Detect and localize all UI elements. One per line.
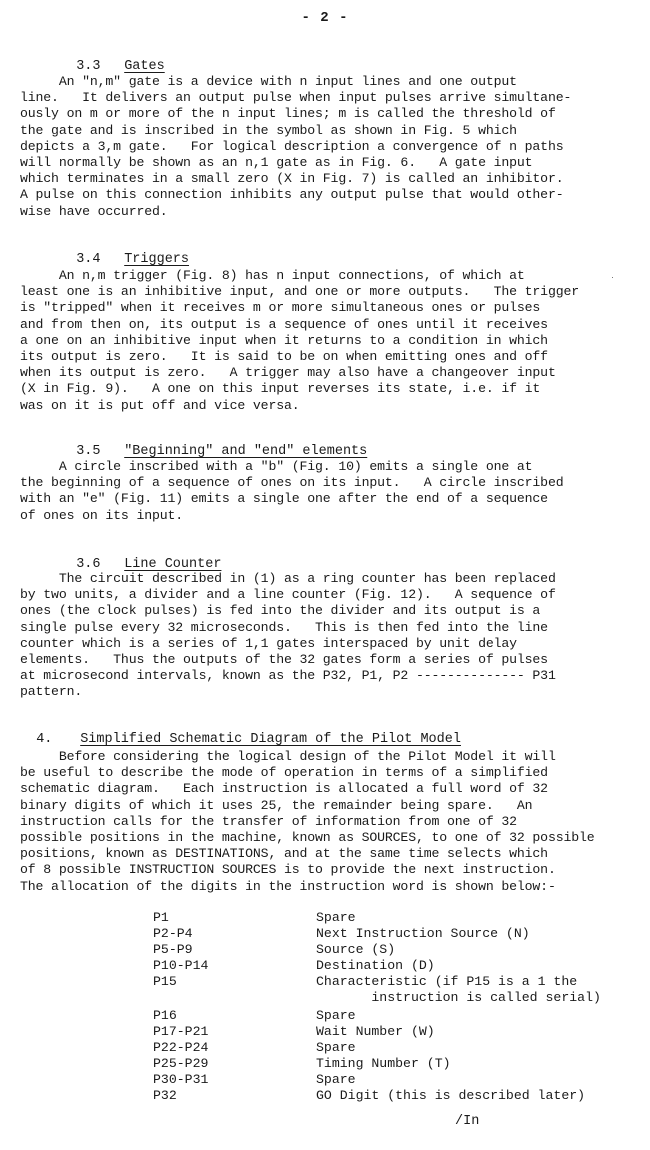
page-number: - 2 - <box>0 10 650 26</box>
allocation-meaning: Timing Number (T) <box>316 1056 451 1072</box>
scan-speck <box>282 79 283 80</box>
allocation-meaning: Spare <box>316 1040 356 1056</box>
section-heading-triggers: 3.4Triggers <box>60 237 189 267</box>
allocation-meaning: Next Instruction Source (N) <box>316 926 530 942</box>
section-heading-beginning-end: 3.5"Beginning" and "end" elements <box>60 429 367 459</box>
allocation-meaning: Spare <box>316 1072 356 1088</box>
section-heading-schematic: 4.Simplified Schematic Diagram of the Pi… <box>20 717 461 747</box>
section-number: 3.3 <box>76 59 124 74</box>
section-title: Triggers <box>124 252 189 267</box>
allocation-row: P2-P4Next Instruction Source (N) <box>153 926 601 942</box>
allocation-meaning: Characteristic (if P15 is a 1 the instru… <box>316 974 601 1006</box>
allocation-row: P16Spare <box>153 1008 601 1024</box>
allocation-digits: P15 <box>153 974 316 1006</box>
allocation-row: P22-P24Spare <box>153 1040 601 1056</box>
section-body-beginning-end: A circle inscribed with a "b" (Fig. 10) … <box>20 459 563 524</box>
section-title: "Beginning" and "end" elements <box>124 444 367 459</box>
allocation-digits: P16 <box>153 1008 316 1024</box>
catchword: /In <box>455 1114 479 1129</box>
scan-speck <box>612 277 613 278</box>
section-body-line-counter: The circuit described in (1) as a ring c… <box>20 571 556 701</box>
section-number: 4. <box>36 732 80 747</box>
allocation-meaning: Source (S) <box>316 942 395 958</box>
allocation-row: P15Characteristic (if P15 is a 1 the ins… <box>153 974 601 1006</box>
section-number: 3.5 <box>76 444 124 459</box>
allocation-meaning: Spare <box>316 1008 356 1024</box>
allocation-digits: P5-P9 <box>153 942 316 958</box>
allocation-meaning: Destination (D) <box>316 958 435 974</box>
allocation-row: P30-P31Spare <box>153 1072 601 1088</box>
allocation-digits: P1 <box>153 910 316 926</box>
section-heading-line-counter: 3.6Line Counter <box>60 542 221 572</box>
allocation-digits: P30-P31 <box>153 1072 316 1088</box>
digit-allocation-table: P1SpareP2-P4Next Instruction Source (N)P… <box>153 910 601 1104</box>
allocation-digits: P22-P24 <box>153 1040 316 1056</box>
allocation-digits: P2-P4 <box>153 926 316 942</box>
section-title: Gates <box>124 59 165 74</box>
section-title: Simplified Schematic Diagram of the Pilo… <box>80 732 461 747</box>
allocation-row: P25-P29Timing Number (T) <box>153 1056 601 1072</box>
section-number: 3.6 <box>76 557 124 572</box>
section-heading-gates: 3.3Gates <box>60 44 165 74</box>
allocation-digits: P10-P14 <box>153 958 316 974</box>
allocation-row: P5-P9Source (S) <box>153 942 601 958</box>
allocation-row: P10-P14Destination (D) <box>153 958 601 974</box>
section-body-gates: An "n,m" gate is a device with n input l… <box>20 74 571 220</box>
section-title: Line Counter <box>124 557 221 572</box>
allocation-digits: P17-P21 <box>153 1024 316 1040</box>
section-number: 3.4 <box>76 252 124 267</box>
allocation-meaning: Wait Number (W) <box>316 1024 435 1040</box>
allocation-digits: P25-P29 <box>153 1056 316 1072</box>
allocation-row: P17-P21Wait Number (W) <box>153 1024 601 1040</box>
allocation-row: P32GO Digit (this is described later) <box>153 1088 601 1104</box>
allocation-row: P1Spare <box>153 910 601 926</box>
allocation-meaning: GO Digit (this is described later) <box>316 1088 585 1104</box>
allocation-digits: P32 <box>153 1088 316 1104</box>
section-body-schematic: Before considering the logical design of… <box>20 749 595 895</box>
section-body-triggers: An n,m trigger (Fig. 8) has n input conn… <box>20 268 579 414</box>
allocation-meaning: Spare <box>316 910 356 926</box>
